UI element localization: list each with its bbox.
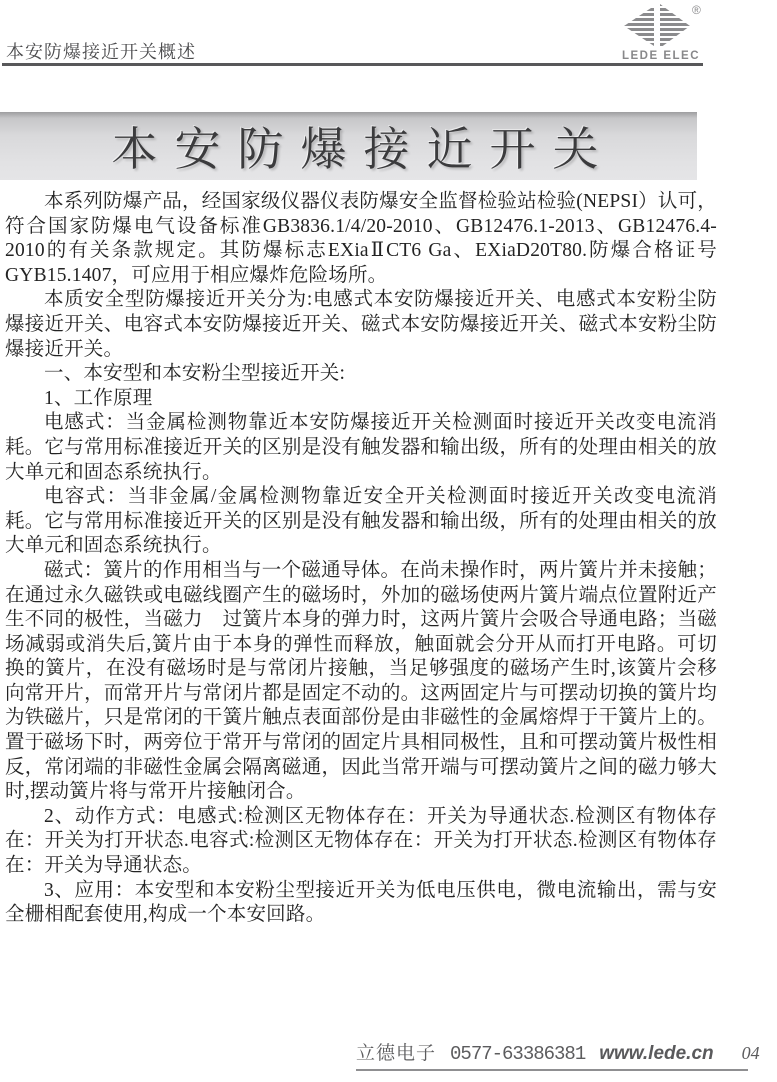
registered-trademark-icon: ® [692,3,701,17]
document-page: 本安防爆接近开关概述 ® LEDE ELEC 本安防爆接近开关 本系列防爆产品，… [0,0,777,1082]
footer-page-number: 04 [742,1043,760,1064]
page-footer: 立德电子 0577-63386381 www.lede.cn 04 [356,1038,748,1065]
paragraph-inductive: 电感式：当金属检测物靠近本安防爆接近开关检测面时接近开关改变电流消耗。它与常用标… [5,411,717,485]
paragraph-capacitive: 电容式：当非金属/金属检测物靠近安全开关检测面时接近开关改变电流消耗。它与常用标… [5,485,717,559]
paragraph-magnetic: 磁式：簧片的作用相当与一个磁通导体。在尚未操作时，两片簧片并未接触；在通过永久磁… [5,559,717,805]
document-body: 本系列防爆产品，经国家级仪器仪表防爆安全监督检验站检验(NEPSI）认可，符合国… [5,190,717,928]
footer-company-name: 立德电子 [356,1038,436,1065]
section-heading-type: 一、本安型和本安粉尘型接近开关: [5,362,717,387]
company-logo: ® LEDE ELEC [615,3,707,62]
lede-diamond-icon: ® [619,3,703,49]
header-divider [2,63,703,66]
page-header-title: 本安防爆接近开关概述 [6,38,196,64]
title-banner: 本安防爆接近开关 [0,112,697,180]
paragraph-certification: 本系列防爆产品，经国家级仪器仪表防爆安全监督检验站检验(NEPSI）认可，符合国… [5,190,717,288]
document-title: 本安防爆接近开关 [82,113,616,179]
footer-divider [356,1069,748,1071]
paragraph-action-mode: 2、动作方式：电感式:检测区无物体存在：开关为导通状态.检测区有物体存在：开关为… [5,805,717,879]
footer-phone-number: 0577-63386381 [450,1043,585,1065]
footer-website: www.lede.cn [599,1043,713,1065]
paragraph-application: 3、应用：本安型和本安粉尘型接近开关为低电压供电，微电流输出，需与安全栅相配套使… [5,879,717,928]
paragraph-classification: 本质安全型防爆接近开关分为:电感式本安防爆接近开关、电感式本安粉尘防爆接近开关、… [5,288,717,362]
logo-brand-text: LEDE ELEC [615,50,707,62]
section-heading-principle: 1、工作原理 [5,387,717,412]
